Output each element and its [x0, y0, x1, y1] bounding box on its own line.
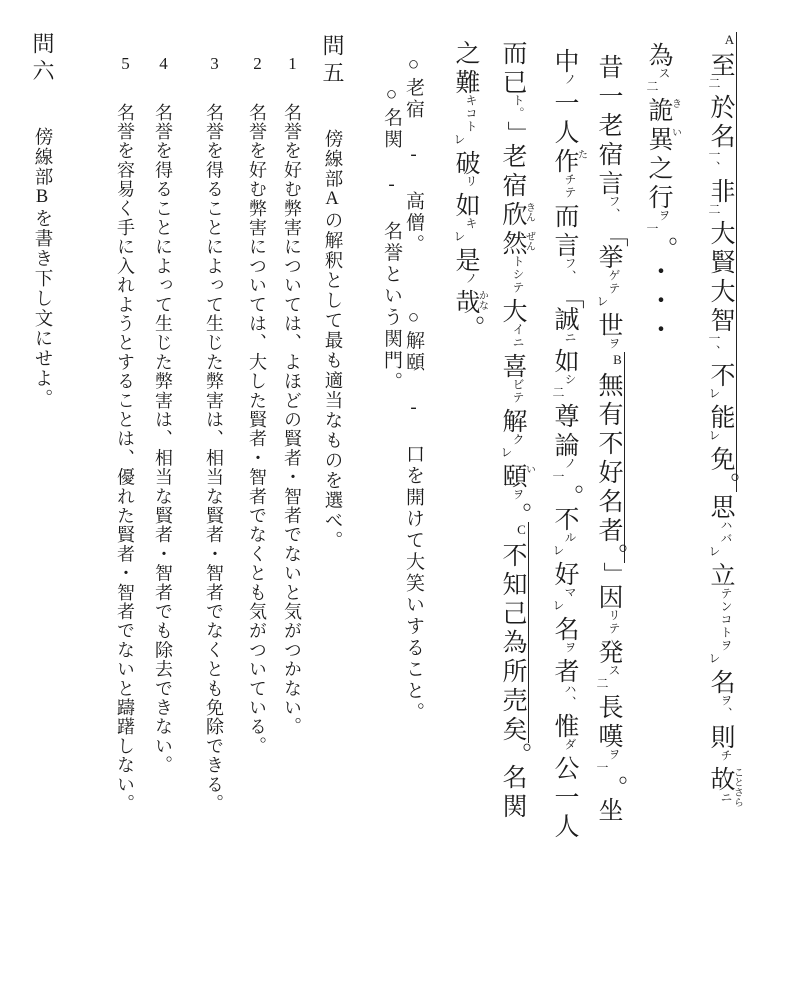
furigana: い [524, 464, 535, 474]
furigana: い [670, 127, 681, 137]
kanbun-token: ・ [646, 316, 672, 341]
kaeriten: 二 [645, 80, 659, 93]
kaeriten: 一、 [707, 332, 721, 358]
kanbun-token: 誠ニ [552, 306, 578, 344]
kanbun-token: 為ス二 [646, 42, 672, 93]
kanbun-token: 立テンコトヲレ [708, 562, 734, 665]
kanbun-token: 言フ、 [552, 232, 578, 283]
okurigana: ハバ [719, 519, 733, 545]
kanbun-token: 難キコトレ [453, 69, 479, 146]
kanbun-token: ・ [646, 287, 672, 312]
kaeriten: 二 [707, 203, 721, 216]
kanbun-token: ・ [646, 258, 672, 283]
punctuation: 。 [463, 315, 478, 330]
kaeriten: レ [595, 295, 609, 308]
kanbun-token: 論ノ一 [552, 432, 578, 483]
question-6-prompt: 傍線部Bを書き下し文にせよ。 [31, 127, 52, 409]
kanbun-token: 宿 [596, 141, 622, 166]
okurigana: ノ [464, 272, 478, 285]
kanbun-token: 不 [596, 430, 622, 455]
kaeriten: 二 [595, 677, 609, 690]
option-2-number: 2 [249, 54, 266, 73]
option-4-number: 4 [155, 54, 172, 73]
question-5-option-5: 5 名誉を容易く手に入れようとすることは、優れた賢者・智者でないと躊躇しない。 [112, 32, 135, 999]
kanbun-token: 不 [500, 542, 526, 567]
kanbun-token: 哉かな [453, 289, 479, 314]
okurigana: ノ [563, 73, 577, 86]
sideline-C: C不知己為所売矣 [499, 522, 529, 743]
kanbun-token: 人 [552, 119, 578, 144]
kanbun-token: 売 [500, 687, 526, 712]
kanbun-token: 已ト。 [500, 69, 526, 120]
kanbun-token: 名ヲ、 [708, 669, 734, 720]
okurigana: ル [563, 531, 577, 544]
kaeriten: 一 [595, 761, 609, 774]
kanbun-token: 坐 [596, 797, 622, 822]
furigana: た [576, 149, 587, 159]
passage-line-4: 中ノ一人作たチテ而言フ、「誠ニ如シ二尊論ノ一。不ルレ好マレ名ヲ者ハ、惟ダ公一人 [551, 32, 577, 999]
kaeriten: レ [707, 652, 721, 665]
option-3-text: 名誉を得ることによって生じた弊害は、相当な賢者・智者でなくとも免除できる。 [204, 103, 224, 813]
punctuation: 「 [606, 222, 621, 237]
okurigana: リ [464, 175, 478, 188]
okurigana: ス [607, 664, 621, 677]
punctuation: 。 [656, 236, 671, 251]
kanbun-token: 長 [596, 694, 622, 719]
kanbun-token: 無 [596, 372, 622, 397]
kaeriten: レ [707, 387, 721, 400]
punctuation: 。 [510, 502, 525, 517]
kanbun-token: 一 [552, 784, 578, 809]
punctuation: 。 [510, 742, 525, 757]
punctuation: 」 [510, 121, 525, 136]
question-5-option-4: 4 名誉を得ることによって生じた弊害は、相当な賢者・智者でも除去できない。 [150, 32, 173, 999]
okurigana: イニ [511, 323, 525, 349]
kanbun-token: 異い [646, 126, 672, 151]
kanbun-token: 則チ [708, 724, 734, 762]
kanbun-token: 好マレ [552, 561, 578, 612]
kanbun-token: 欣きん [500, 201, 526, 226]
sideline-A: A至二於名一、非二大賢大智一、不レ能レ免。 [707, 32, 737, 492]
kanbun-token: 行ヲ一 [646, 184, 672, 235]
kaeriten: 二 [551, 386, 565, 399]
okurigana: ト。 [511, 94, 525, 120]
kanbun-token: 於 [708, 94, 734, 119]
passage-line-5: 而已ト。」老宿欣きん然ぜんトシテ大イニ喜ビテ解クレ頤いヲ。C不知己為所売矣。名関 [503, 32, 529, 999]
kanbun-token: 公 [552, 755, 578, 780]
kanbun-token: 大イニ [500, 298, 526, 349]
kaeriten: レ [551, 544, 565, 557]
passage-line-2: 為ス二詭き異い之行ヲ一。・・・ [645, 32, 671, 999]
note-meikan: ○名関 - 名誉という関門。 [380, 84, 401, 393]
punctuation: 。 [718, 472, 733, 487]
kanbun-token: 発ス二 [596, 639, 622, 690]
kanbun-token: 好 [596, 459, 622, 484]
kaeriten: 二 [707, 77, 721, 90]
okurigana: ダ [563, 738, 577, 751]
furigana: ことさら [732, 767, 743, 807]
vocabulary-notes: ○老宿 - 高僧。 ○解頤 - 口を開けて大笑いすること。 ○名関 - 名誉とい… [400, 32, 424, 999]
kaeriten: レ [452, 230, 466, 243]
kanbun-token: 破リ [453, 150, 479, 188]
option-5-number: 5 [117, 54, 134, 73]
kanbun-token: 名 [500, 764, 526, 789]
kanbun-token: 不ルレ [552, 506, 578, 557]
question-6-label: 問六 [30, 32, 54, 86]
sideline-B: B無有不好名者。 [595, 352, 625, 563]
okurigana: ビテ [511, 378, 525, 404]
kanbun-token: 有 [596, 401, 622, 426]
kanbun-token: 己 [500, 600, 526, 625]
kanbun-token: 一 [596, 83, 622, 108]
sideline-label-C: C [515, 522, 528, 537]
option-1-number: 1 [284, 54, 301, 73]
kanbun-token: 嘆ヲ一 [596, 723, 622, 774]
kaeriten: 一 [551, 470, 565, 483]
okurigana: ニ [563, 331, 577, 344]
option-1-text: 名誉を好む弊害については、よほどの賢者・智者でないと気がつかない。 [282, 103, 302, 737]
kaeriten: レ [551, 599, 565, 612]
option-4-text: 名誉を得ることによって生じた弊害は、相当な賢者・智者でも除去できない。 [153, 103, 173, 775]
kanbun-token: 然ぜんトシテ [500, 230, 526, 294]
okurigana: ク [511, 433, 525, 446]
kanbun-token: 是ノ [453, 247, 479, 285]
okurigana: マ [563, 586, 577, 599]
okurigana: ノ [563, 457, 577, 470]
okurigana: ス [657, 67, 671, 80]
okurigana: ヲ [511, 488, 525, 501]
question-5-prompt: 傍線部Aの解釈として最も適当なものを選べ。 [321, 129, 342, 551]
furigana: きん [524, 202, 535, 222]
okurigana: チ [719, 749, 733, 762]
kanbun-token: 之 [646, 155, 672, 180]
kanbun-token: 解クレ [500, 408, 526, 459]
furigana: ぜん [524, 231, 535, 251]
kanbun-token: 為 [500, 629, 526, 654]
okurigana: ヲ [563, 641, 577, 654]
punctuation: 「 [562, 284, 577, 299]
kaeriten: 一、 [707, 148, 721, 174]
kanbun-token: 矣 [500, 716, 526, 741]
kanbun-token: 言フ、 [596, 170, 622, 221]
kanbun-token: 故ことさらニ [708, 766, 734, 804]
okurigana: ヲ、 [719, 694, 733, 720]
sideline-label-B: B [611, 352, 624, 367]
kanbun-token: 如キレ [453, 192, 479, 243]
okurigana: テンコトヲ [719, 587, 733, 652]
kanbun-token: 智一、 [708, 307, 734, 358]
kanbun-token: 一 [552, 90, 578, 115]
exam-page: A至二於名一、非二大賢大智一、不レ能レ免。思ハバレ立テンコトヲレ名ヲ、則チ故こと… [0, 0, 791, 999]
passage-line-6: 之難キコトレ破リ如キレ是ノ哉かな。 [452, 32, 478, 999]
furigana: き [670, 98, 681, 108]
passage-line-3: 昔一老宿言フ、「挙ゲテレ世ヲB無有不好名者。」因リテ発ス二長嘆ヲ一。坐 [599, 32, 625, 999]
kanbun-token: 所 [500, 658, 526, 683]
kanbun-token: 名 [596, 488, 622, 513]
kanbun-token: 知 [500, 571, 526, 596]
kanbun-token: 賢 [708, 249, 734, 274]
kaeriten: レ [707, 545, 721, 558]
okurigana: キコト [464, 94, 478, 133]
kanbun-token: 惟ダ [552, 713, 578, 751]
kaeriten: レ [452, 133, 466, 146]
kaeriten: レ [499, 446, 513, 459]
okurigana: チテ [563, 173, 577, 199]
option-3-number: 3 [206, 54, 223, 73]
note-roushuku: ○老宿 - 高僧。 [402, 54, 423, 256]
kanbun-token: 免 [708, 446, 734, 471]
kanbun-token: 作たチテ [552, 148, 578, 199]
option-5-text: 名誉を容易く手に入れようとすることは、優れた賢者・智者でないと躊躇しない。 [115, 103, 135, 813]
kaeriten: レ [707, 429, 721, 442]
kanbun-token: 名ヲ [552, 616, 578, 654]
punctuation: 。 [562, 484, 577, 499]
kanbun-token: 因リテ [596, 584, 622, 635]
kanbun-token: 人 [552, 813, 578, 838]
option-2-text: 名誉を好む弊害については、大した賢者・智者でなくとも気がついている。 [247, 103, 267, 756]
punctuation: 。 [606, 543, 621, 558]
kanbun-token: 而 [500, 40, 526, 65]
punctuation: 」 [606, 562, 621, 577]
kanbun-token: 能レ [708, 404, 734, 442]
kanbun-token: 至二 [708, 52, 734, 90]
okurigana: リテ [607, 609, 621, 635]
kanbun-token: 昔 [596, 54, 622, 79]
okurigana: フ、 [607, 195, 621, 221]
kanbun-token: 如シ二 [552, 348, 578, 399]
kanbun-token: 関 [500, 793, 526, 818]
furigana: かな [477, 290, 488, 310]
okurigana: トシテ [511, 255, 525, 294]
question-5: 問五 傍線部Aの解釈として最も適当なものを選べ。 [318, 32, 344, 999]
question-5-label: 問五 [320, 34, 344, 88]
kanbun-token: 喜ビテ [500, 353, 526, 404]
kanbun-token: 世ヲ [596, 312, 622, 350]
kanbun-token: 者ハ、 [552, 658, 578, 709]
okurigana: ヲ [607, 748, 621, 761]
kanbun-token: 頤いヲ [500, 463, 526, 501]
okurigana: ゲテ [607, 269, 621, 295]
kanbun-token: 大 [708, 220, 734, 245]
passage-line-1: A至二於名一、非二大賢大智一、不レ能レ免。思ハバレ立テンコトヲレ名ヲ、則チ故こと… [711, 32, 737, 999]
kanbun-token: 尊 [552, 403, 578, 428]
kanbun-token: 思ハバレ [708, 494, 734, 558]
punctuation: 。 [606, 775, 621, 790]
question-5-option-3: 3 名誉を得ることによって生じた弊害は、相当な賢者・智者でなくとも免除できる。 [201, 32, 224, 999]
okurigana: ハ、 [563, 683, 577, 709]
okurigana: キ [464, 217, 478, 230]
kanbun-token: 而 [552, 203, 578, 228]
kanbun-token: 之 [453, 40, 479, 65]
okurigana: フ、 [563, 257, 577, 283]
okurigana: ヲ [607, 337, 621, 350]
kanbun-token: 者 [596, 517, 622, 542]
kanbun-token: 大 [708, 278, 734, 303]
question-6: 問六 傍線部Bを書き下し文にせよ。 [28, 32, 54, 999]
okurigana: ニ [719, 791, 733, 804]
kanbun-token: 名一、 [708, 123, 734, 174]
okurigana: ヲ [657, 209, 671, 222]
kanbun-token: 非二 [708, 178, 734, 216]
kaeriten: 一 [645, 222, 659, 235]
question-5-option-2: 2 名誉を好む弊害については、大した賢者・智者でなくとも気がついている。 [244, 32, 267, 999]
kanbun-token: 中ノ [552, 48, 578, 86]
sideline-label-A: A [723, 32, 736, 47]
kanbun-token: 挙ゲテレ [596, 244, 622, 308]
okurigana: シ [563, 373, 577, 386]
kanbun-token: 老 [596, 112, 622, 137]
kanbun-token: 宿 [500, 172, 526, 197]
kanbun-token: 不レ [708, 362, 734, 400]
note-kaii: ○解頤 - 口を開けて大笑いすること。 [402, 307, 423, 724]
kanbun-token: 詭き [646, 97, 672, 122]
kanbun-token: 老 [500, 143, 526, 168]
question-5-option-1: 1 名誉を好む弊害については、よほどの賢者・智者でないと気がつかない。 [279, 32, 302, 999]
